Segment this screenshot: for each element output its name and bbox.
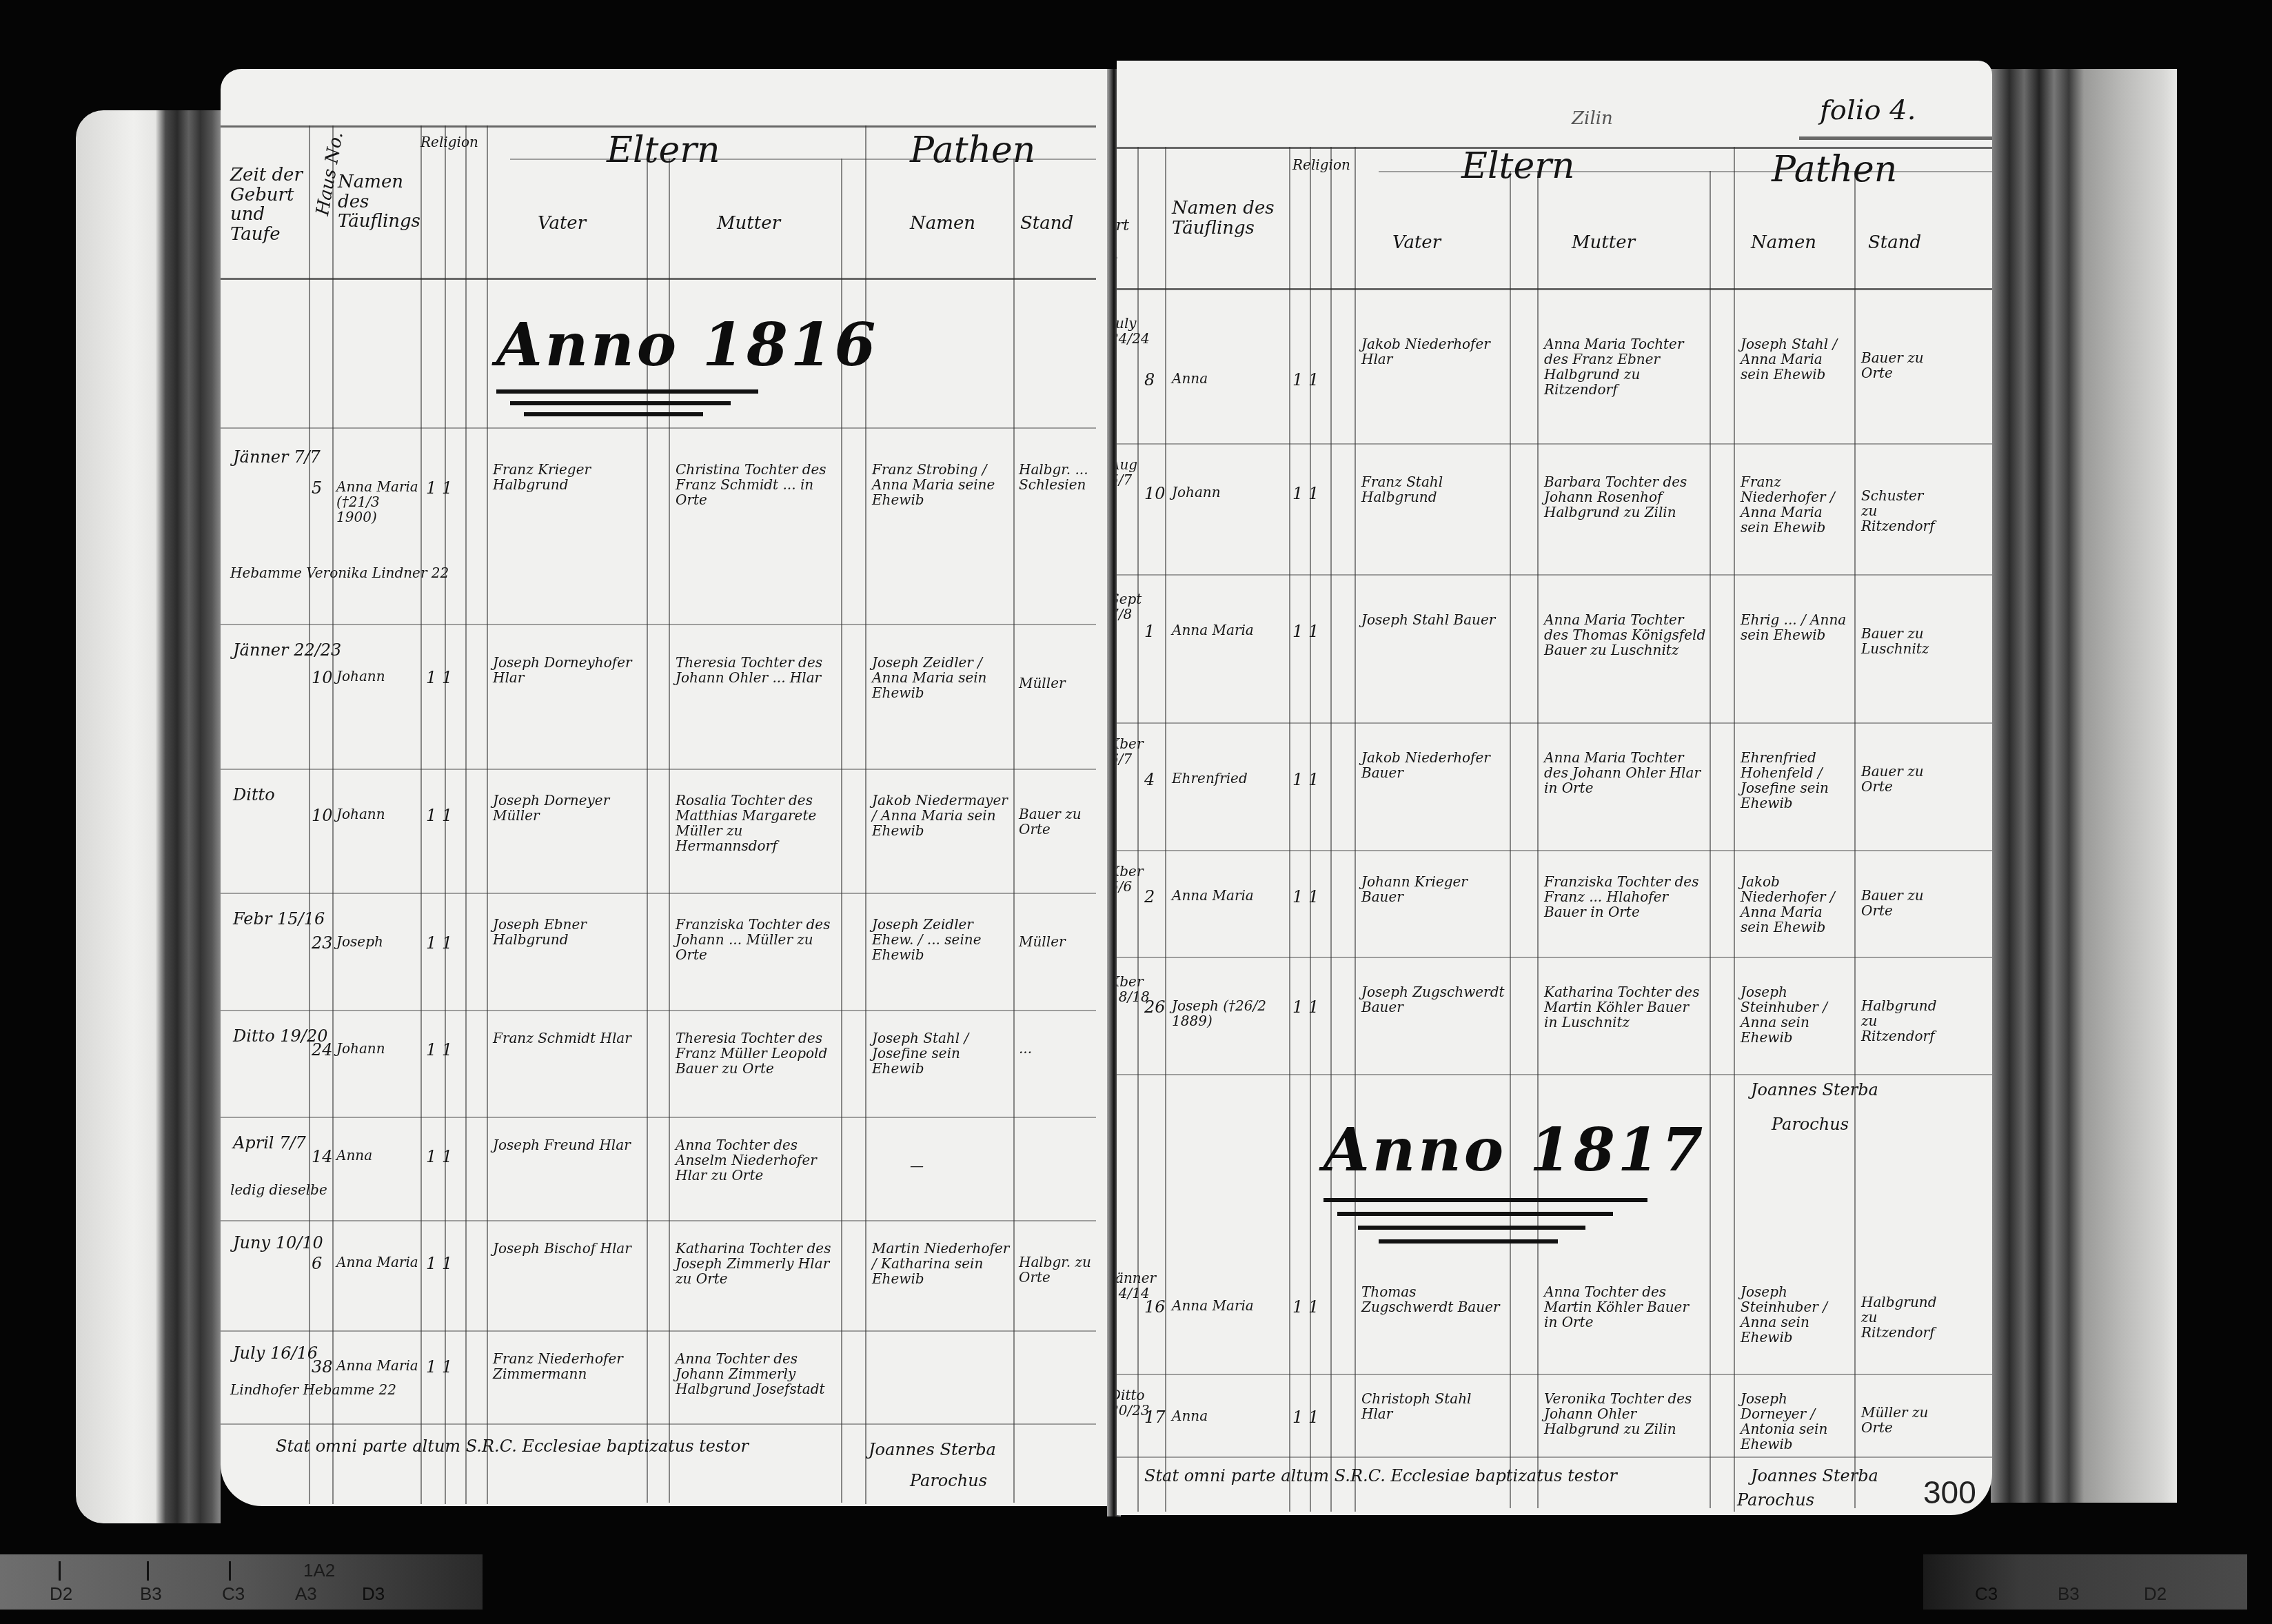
row-rule	[1117, 957, 1992, 958]
entry-godparent-status: Halbgrund zu Ritzendorf	[1861, 998, 1937, 1044]
entry-mother: Katharina Tochter des Joseph Zimmerly Hl…	[676, 1241, 838, 1286]
entry-mother: Anna Tochter des Anselm Niederhofer Hlar…	[676, 1137, 838, 1183]
row-rule	[221, 893, 1096, 894]
entry-father: Thomas Zugschwerdt Bauer	[1361, 1284, 1506, 1315]
header-godparent-status: Stand	[1020, 214, 1073, 234]
row-rule	[1117, 850, 1992, 851]
entry-father: Franz Niederhofer Zimmermann	[493, 1351, 641, 1381]
entry-religion: 1 1	[426, 1255, 452, 1272]
entry-godparents: Joseph Stahl / Josefine sein Ehewib	[872, 1031, 1010, 1076]
header-bottom-rule	[1117, 288, 1992, 290]
entry-date: April 7/7	[233, 1134, 306, 1152]
entry-child-name: Johann	[336, 669, 385, 684]
ruler-label: B3	[140, 1583, 162, 1605]
entry-child-name: Joseph (†26/2 1889)	[1172, 998, 1286, 1028]
entry-father: Franz Krieger Halbgrund	[493, 462, 641, 492]
entry-house-no: 4	[1144, 771, 1155, 789]
entry-date: Jänner 14/14	[1117, 1270, 1151, 1301]
entry-godparent-status: ...	[1019, 1041, 1032, 1056]
row-rule	[1117, 1074, 1992, 1075]
entry-date: July 24/24	[1117, 316, 1151, 346]
header-birth-date: Zeit der Geburt und Taufe	[230, 165, 306, 244]
entry-religion: 1 1	[1292, 771, 1319, 789]
entry-father: Johann Krieger Bauer	[1361, 874, 1506, 904]
entry-child-name: Anna Maria	[336, 1255, 418, 1270]
entry-date: Juny 10/10	[233, 1234, 323, 1252]
col-rule	[1355, 147, 1356, 1512]
header-godparents: Pathen	[1772, 150, 1897, 190]
book-edge-left	[76, 110, 221, 1523]
closing-attestation: Stat omni parte altum S.R.C. Ecclesiae b…	[276, 1437, 749, 1455]
signature-title: Parochus	[1737, 1491, 1814, 1509]
entry-house-no: 17	[1144, 1408, 1166, 1426]
scan-ruler-right: C3 B3 D2	[1923, 1554, 2247, 1610]
entry-godparents: Ehrenfried Hohenfeld / Josefine sein Ehe…	[1741, 750, 1851, 811]
entry-child-name: Johann	[336, 1041, 385, 1056]
entry-house-no: 2	[1144, 888, 1155, 906]
signature-title: Parochus	[910, 1472, 987, 1490]
header-godparent-name: Namen	[1751, 233, 1816, 253]
entry-father: Joseph Zugschwerdt Bauer	[1361, 984, 1506, 1015]
mid-signature-name: Joannes Sterba	[1751, 1081, 1878, 1099]
col-rule	[309, 125, 310, 1504]
row-rule	[221, 624, 1096, 625]
col-rule	[487, 125, 488, 1504]
header-father: Vater	[1392, 233, 1441, 253]
entry-father: Joseph Freund Hlar	[493, 1137, 641, 1153]
ruler-label: D2	[50, 1583, 72, 1605]
entry-godparents: —	[910, 1158, 924, 1173]
header-child-name: Namen des Täuflings	[1172, 199, 1286, 238]
entry-father: Jakob Niederhofer Hlar	[1361, 336, 1506, 367]
entry-mother: Anna Maria Tochter des Franz Ebner Halbg…	[1544, 336, 1706, 397]
entry-date: Aug 5/7	[1117, 457, 1151, 487]
pencil-note: Zilin	[1572, 109, 1613, 129]
header-mother: Mutter	[717, 214, 780, 234]
row-rule	[1117, 443, 1992, 445]
entry-godparent-status: Müller zu Orte	[1861, 1405, 1930, 1435]
entry-house-no: 10	[312, 806, 333, 824]
entry-mother: Christina Tochter des Franz Schmidt ... …	[676, 462, 838, 507]
entry-house-no: 26	[1144, 998, 1166, 1016]
ruler-tick	[59, 1561, 61, 1581]
entry-godparents: Joseph Zeidler Ehew. / ... seine Ehewib	[872, 917, 1010, 962]
col-rule	[1289, 147, 1290, 1512]
entry-mother: Rosalia Tochter des Matthias Margarete M…	[676, 793, 838, 853]
entry-godparent-status: Halbgr. zu Orte	[1019, 1255, 1095, 1285]
row-rule	[1117, 1456, 1992, 1458]
header-godparents: Pathen	[910, 131, 1035, 170]
year-heading-1816: Anno 1816	[496, 310, 878, 380]
entry-godparents: Joseph Steinhuber / Anna sein Ehewib	[1741, 1284, 1851, 1345]
header-child-name: Namen des Täuflings	[338, 172, 417, 232]
entry-religion: 1 1	[426, 1041, 452, 1059]
ruler-tick	[229, 1561, 231, 1581]
row-rule	[221, 427, 1096, 429]
entry-midwife-note: ledig dieselbe	[230, 1182, 327, 1197]
col-rule	[1734, 147, 1735, 1512]
underline	[1323, 1198, 1647, 1202]
entry-child-name: Johann	[336, 806, 385, 822]
signature-name: Joannes Sterba	[1751, 1467, 1878, 1485]
entry-father: Joseph Ebner Halbgrund	[493, 917, 641, 947]
entry-godparent-status: Halbgr. ... Schlesien	[1019, 462, 1095, 492]
folio-number: folio 4.	[1820, 95, 1916, 125]
entry-house-no: 5	[312, 479, 322, 497]
entry-father: Joseph Stahl Bauer	[1361, 612, 1506, 627]
col-rule	[1330, 147, 1332, 1512]
entry-godparents: Joseph Dorneyer / Antonia sein Ehewib	[1741, 1391, 1851, 1452]
entry-godparent-status: Müller	[1019, 676, 1066, 691]
entry-child-name: Johann	[1172, 485, 1221, 500]
entry-religion: 1 1	[426, 806, 452, 824]
col-rule	[1137, 147, 1139, 1512]
entry-religion: 1 1	[1292, 998, 1319, 1016]
header-top-rule	[221, 125, 1096, 128]
left-page: Zeit der Geburt und Taufe Haus No. Namen…	[221, 69, 1110, 1506]
entry-house-no: 23	[312, 934, 333, 952]
row-rule	[221, 1117, 1096, 1118]
entry-house-no: 8	[1144, 371, 1155, 389]
row-rule	[1117, 1374, 1992, 1375]
entry-mother: Anna Tochter des Martin Köhler Bauer in …	[1544, 1284, 1706, 1330]
header-godparent-name: Namen	[910, 214, 975, 234]
entry-mother: Franziska Tochter des Franz ... Hlahofer…	[1544, 874, 1706, 920]
entry-religion: 1 1	[426, 479, 452, 497]
entry-child-name: Anna	[1172, 1408, 1208, 1423]
ruler-label: 1A2	[303, 1560, 335, 1581]
col-rule	[1510, 171, 1511, 1508]
ruler-label: A3	[295, 1583, 317, 1605]
entry-godparents: Ehrig ... / Anna sein Ehewib	[1741, 612, 1851, 642]
header-mother: Mutter	[1572, 233, 1635, 253]
ruler-label: D2	[2144, 1583, 2167, 1605]
entry-house-no: 1	[1144, 622, 1155, 640]
entry-child-name: Anna Maria	[1172, 888, 1254, 903]
entry-father: Joseph Bischof Hlar	[493, 1241, 641, 1256]
underline	[496, 389, 758, 394]
col-rule	[1013, 159, 1015, 1503]
entry-mother: Anna Maria Tochter des Thomas Königsfeld…	[1544, 612, 1706, 658]
entry-godparents: Franz Niederhofer / Anna Maria sein Ehew…	[1741, 474, 1851, 535]
ruler-label: B3	[2058, 1583, 2080, 1605]
underline	[1358, 1226, 1585, 1230]
entry-mother: Anna Tochter des Johann Zimmerly Halbgru…	[676, 1351, 838, 1397]
entry-father: Joseph Dorneyhofer Hlar	[493, 655, 641, 685]
entry-mother: Theresia Tochter des Franz Müller Leopol…	[676, 1031, 838, 1076]
entry-religion: 1 1	[1292, 888, 1319, 906]
header-godparent-status: Stand	[1868, 233, 1921, 253]
entry-date: Jänner 22/23	[233, 641, 341, 659]
folio-underline	[1799, 136, 1992, 140]
entry-child-name: Joseph	[336, 934, 383, 949]
entry-religion: 1 1	[426, 1148, 452, 1166]
entry-religion: 1 1	[1292, 485, 1319, 503]
entry-date: Ditto	[233, 786, 275, 804]
entry-house-no: 38	[312, 1358, 333, 1376]
entry-godparent-status: Bauer zu Orte	[1861, 764, 1930, 794]
entry-godparent-status: Müller	[1019, 934, 1066, 949]
entry-religion: 1 1	[1292, 371, 1319, 389]
entry-date: Sept 7/8	[1117, 591, 1151, 622]
entry-date: Febr 15/16	[233, 910, 325, 928]
book-edge-right	[1991, 69, 2177, 1503]
entry-date: July 16/16	[233, 1344, 318, 1362]
entry-house-no: 16	[1144, 1298, 1166, 1316]
entry-godparent-status: Halbgrund zu Ritzendorf	[1861, 1295, 1937, 1340]
entry-godparent-status: Bauer zu Orte	[1861, 350, 1930, 380]
entry-mother: Barbara Tochter des Johann Rosenhof Halb…	[1544, 474, 1706, 520]
entry-father: Franz Schmidt Hlar	[493, 1031, 641, 1046]
underline	[1337, 1212, 1613, 1216]
year-heading-1817: Anno 1817	[1323, 1115, 1705, 1185]
col-rule	[1710, 171, 1711, 1508]
ruler-label: C3	[1975, 1583, 1998, 1605]
underline	[524, 412, 703, 416]
entry-midwife-note: Hebamme Veronika Lindner 22	[230, 565, 449, 580]
entry-child-name: Anna Maria	[1172, 622, 1254, 638]
entry-religion: 1 1	[426, 669, 452, 687]
entry-child-name: Anna	[336, 1148, 372, 1163]
entry-godparent-status: Bauer zu Orte	[1019, 806, 1095, 837]
entry-house-no: 10	[1144, 485, 1166, 503]
entry-father: Jakob Niederhofer Bauer	[1361, 750, 1506, 780]
entry-godparents: Joseph Stahl / Anna Maria sein Ehewib	[1741, 336, 1851, 382]
header-religion: Religion	[420, 134, 478, 150]
header-parents: Eltern	[1461, 147, 1575, 186]
entry-father: Franz Stahl Halbgrund	[1361, 474, 1506, 505]
entry-godparents: Joseph Steinhuber / Anna sein Ehewib	[1741, 984, 1851, 1045]
entry-child-name: Anna Maria	[336, 1358, 418, 1373]
entry-religion: 1 1	[1292, 1408, 1319, 1426]
page-number: 300	[1923, 1474, 1976, 1511]
scan-ruler-left: 1A2 D2 B3 C3 A3 D3	[0, 1554, 483, 1610]
underline	[510, 401, 731, 405]
closing-attestation: Stat omni parte altum S.R.C. Ecclesiae b…	[1144, 1467, 1617, 1485]
header-parents: Eltern	[607, 131, 720, 170]
entry-child-name: Anna	[1172, 371, 1208, 386]
entry-godparent-status: Bauer zu Orte	[1861, 888, 1930, 918]
entry-godparent-status: Schuster zu Ritzendorf	[1861, 488, 1937, 534]
row-rule	[221, 1423, 1096, 1425]
entry-father: Joseph Dorneyer Müller	[493, 793, 641, 823]
col-rule	[465, 125, 467, 1504]
entry-house-no: 24	[312, 1041, 333, 1059]
col-rule	[1854, 171, 1856, 1508]
entry-house-no: 14	[312, 1148, 333, 1166]
entry-mother: Theresia Tochter des Johann Ohler ... Hl…	[676, 655, 838, 685]
entry-midwife-note: Lindhofer Hebamme 22	[230, 1382, 396, 1397]
entry-mother: Anna Maria Tochter des Johann Ohler Hlar…	[1544, 750, 1706, 795]
col-rule	[420, 125, 422, 1504]
row-rule	[221, 1220, 1096, 1221]
row-rule	[1117, 722, 1992, 724]
ruler-label: C3	[222, 1583, 245, 1605]
row-rule	[221, 1010, 1096, 1011]
entry-child-name: Anna Maria (†21/3 1900)	[336, 479, 419, 525]
ruler-tick	[147, 1561, 149, 1581]
entry-house-no: 6	[312, 1255, 322, 1272]
entry-godparent-status: Bauer zu Luschnitz	[1861, 626, 1937, 656]
entry-date: Jänner 7/7	[233, 448, 321, 466]
header-bottom-rule	[221, 278, 1096, 280]
header-father: Vater	[538, 214, 586, 234]
entry-date: Xber 6/7	[1117, 736, 1151, 767]
header-birth-date: Zeit der Geburt und Taufe	[1117, 185, 1134, 268]
ruler-label: D3	[362, 1583, 385, 1605]
entry-mother: Veronika Tochter des Johann Ohler Halbgr…	[1544, 1391, 1706, 1437]
signature-name: Joannes Sterba	[869, 1441, 996, 1459]
entry-religion: 1 1	[1292, 1298, 1319, 1316]
entry-house-no: 10	[312, 669, 333, 687]
entry-father: Christoph Stahl Hlar	[1361, 1391, 1506, 1421]
entry-godparents: Martin Niederhofer / Katharina sein Ehew…	[872, 1241, 1010, 1286]
entry-religion: 1 1	[1292, 622, 1319, 640]
entry-religion: 1 1	[426, 1358, 452, 1376]
right-page: Zilin folio 4. Zeit der Geburt und Taufe…	[1117, 61, 1992, 1515]
entry-mother: Franziska Tochter des Johann ... Müller …	[676, 917, 838, 962]
col-rule	[1537, 171, 1539, 1508]
row-rule	[221, 1330, 1096, 1332]
entry-child-name: Ehrenfried	[1172, 771, 1248, 786]
row-rule	[221, 769, 1096, 770]
header-religion: Religion	[1292, 157, 1350, 172]
entry-godparents: Franz Strobing / Anna Maria seine Ehewib	[872, 462, 1010, 507]
entry-religion: 1 1	[426, 934, 452, 952]
entry-godparents: Jakob Niedermayer / Anna Maria sein Ehew…	[872, 793, 1010, 838]
mid-signature-title: Parochus	[1772, 1115, 1849, 1133]
entry-child-name: Anna Maria	[1172, 1298, 1254, 1313]
entry-godparents: Jakob Niederhofer / Anna Maria sein Ehew…	[1741, 874, 1851, 935]
row-rule	[1117, 574, 1992, 576]
underline	[1379, 1239, 1558, 1244]
entry-mother: Katharina Tochter des Martin Köhler Baue…	[1544, 984, 1706, 1030]
entry-godparents: Joseph Zeidler / Anna Maria sein Ehewib	[872, 655, 1010, 700]
